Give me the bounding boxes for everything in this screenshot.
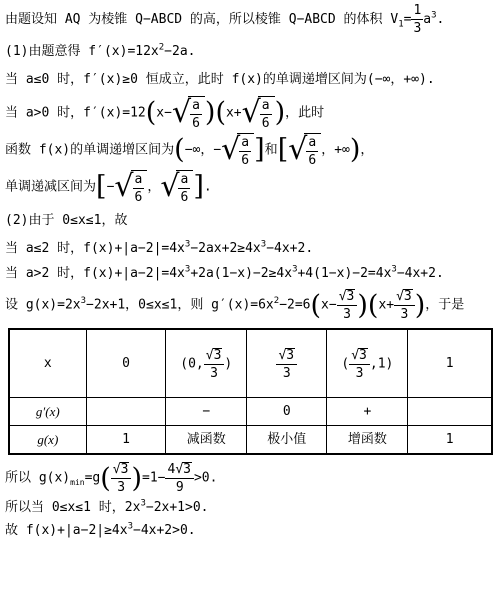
text-segment: 当 a≤0 时，f′(x)≥0 恒成立，此时 f(x)的单调递增区间为(−∞，+… xyxy=(5,72,435,87)
sqrt-a-over-6: √a6 xyxy=(160,170,193,204)
text-segment: ，+∞ xyxy=(321,142,350,157)
text-segment: . xyxy=(437,12,445,27)
fraction-sqrt3-over-3: √33 xyxy=(276,348,297,380)
text-segment: (1)由题意得 f′(x)=12x xyxy=(5,44,159,59)
text-segment: ,1) xyxy=(370,356,393,371)
sqrt-a-over-6: √a6 xyxy=(114,170,147,204)
numerator: √3 xyxy=(349,348,370,364)
cell-gprime-0 xyxy=(86,398,166,426)
big-rparen: ) xyxy=(131,465,142,492)
table-row-g-prime: g′(x) − 0 + xyxy=(9,398,492,426)
radicand: a6 xyxy=(258,96,275,130)
big-lbracket: [ xyxy=(96,173,107,200)
text-segment: −2ax+2≥4x xyxy=(190,241,260,256)
numerator: 1 xyxy=(411,4,423,19)
radicand: a6 xyxy=(176,170,193,204)
sqrt-3: √3 xyxy=(396,289,413,303)
numerator: 4√3 xyxy=(165,462,193,478)
cell-x-1: 1 xyxy=(408,329,492,398)
big-rparen: ) xyxy=(275,99,286,126)
text-segment: 当 a>2 时，f(x)+|a−2|=4x xyxy=(5,266,185,281)
big-parens-mid: )( xyxy=(205,99,226,126)
radicand: a6 xyxy=(188,96,205,130)
text-segment: 函数 f(x)的单调递增区间为 xyxy=(5,142,174,157)
numerator: √3 xyxy=(111,462,132,478)
text-segment: ，于是 xyxy=(425,298,464,313)
denominator: 6 xyxy=(178,188,190,204)
sqrt-a-over-6: √a6 xyxy=(221,133,254,167)
denominator: 6 xyxy=(260,114,272,130)
sqrt-3: √3 xyxy=(351,348,368,362)
fraction-sqrt3-over-3: √33 xyxy=(204,348,225,380)
line-volume-statement: 由题设知 AQ 为棱锥 Q−ABCD 的高，所以棱锥 Q−ABCD 的体积 V1… xyxy=(5,4,493,35)
denominator: 3 xyxy=(411,19,423,35)
line-increasing-intervals: 函数 f(x)的单调递增区间为(−∞，−√a6]和[√a6，+∞)， xyxy=(5,133,493,167)
text-segment: 由题设知 AQ 为棱锥 Q−ABCD 的高，所以棱锥 Q−ABCD 的体积 V xyxy=(5,12,398,27)
numerator: √3 xyxy=(204,348,225,364)
line-conclusion-g-positive: 所以当 0≤x≤1 时，2x3−2x+1>0. xyxy=(5,500,493,516)
numerator: a xyxy=(190,99,202,114)
fraction-a-over-6: a6 xyxy=(178,173,190,204)
fraction-one-third: 13 xyxy=(411,4,423,35)
monotonicity-table: x 0 (0,√33) √33 (√33,1) 1 g′(x) − 0 + g(… xyxy=(8,328,493,455)
cell-gprime-neg: − xyxy=(166,398,247,426)
denominator: 3 xyxy=(204,364,225,380)
line-g-min: 所以 g(x)min=g(√33)=1−4√39>0. xyxy=(5,462,493,494)
text-segment: −2x+1>0. xyxy=(146,500,209,515)
text-segment: x− xyxy=(321,298,337,313)
fraction-a-over-6: a6 xyxy=(133,173,145,204)
cell-g-minimum: 极小值 xyxy=(247,426,327,455)
fraction-sqrt3-over-3: √33 xyxy=(337,289,358,321)
radicand: 3 xyxy=(182,462,192,476)
text-segment: +2a(1−x)−2≥4x xyxy=(190,266,292,281)
fraction-a-over-6: a6 xyxy=(239,136,251,167)
cell-gprime-zero: 0 xyxy=(247,398,327,426)
fraction-sqrt3-over-3: √33 xyxy=(111,462,132,494)
text-segment: . xyxy=(204,179,212,194)
sqrt-3: √3 xyxy=(175,462,192,476)
cell-x-0: 0 xyxy=(86,329,166,398)
cell-gprime-header: g′(x) xyxy=(9,398,86,426)
table-row-g: g(x) 1 减函数 极小值 增函数 1 xyxy=(9,426,492,455)
cell-x-header: x xyxy=(9,329,86,398)
equals: = xyxy=(404,12,412,27)
line-case-a-le-0: 当 a≤0 时，f′(x)≥0 恒成立，此时 f(x)的单调递增区间为(−∞，+… xyxy=(5,72,493,88)
radicand: 3 xyxy=(403,289,413,303)
big-parens-mid: )( xyxy=(357,292,378,319)
text-segment: 故 f(x)+|a−2|≥4x xyxy=(5,523,128,538)
fraction-4sqrt3-over-9: 4√39 xyxy=(165,462,193,494)
fraction-a-over-6: a6 xyxy=(306,136,318,167)
line-final-conclusion: 故 f(x)+|a−2|≥4x3−4x+2>0. xyxy=(5,523,493,539)
line-part2-intro: (2)由于 0≤x≤1，故 xyxy=(5,213,493,229)
text-segment: 所以 g(x) xyxy=(5,471,70,486)
radicand: 3 xyxy=(346,289,356,303)
denominator: 6 xyxy=(306,151,318,167)
cell-g-header: g(x) xyxy=(9,426,86,455)
numerator: √3 xyxy=(276,348,297,364)
denominator: 3 xyxy=(349,364,370,380)
sqrt-3: √3 xyxy=(206,348,223,362)
numerator: √3 xyxy=(394,289,415,305)
denominator: 6 xyxy=(239,151,251,167)
radicand: a6 xyxy=(304,133,321,167)
text-segment: x+ xyxy=(226,105,242,120)
radicand: 3 xyxy=(358,348,368,362)
cell-gprime-pos: + xyxy=(327,398,408,426)
cell-x-critical: √33 xyxy=(247,329,327,398)
line-define-g: 设 g(x)=2x3−2x+1，0≤x≤1，则 g′(x)=6x2−2=6(x−… xyxy=(5,289,493,321)
cell-g-increasing: 增函数 xyxy=(327,426,408,455)
text-segment: ( xyxy=(341,356,349,371)
text-segment: a xyxy=(423,12,431,27)
sqrt-3: √3 xyxy=(278,348,295,362)
numerator: a xyxy=(306,136,318,151)
radicand: 3 xyxy=(120,462,130,476)
fraction-a-over-6: a6 xyxy=(190,99,202,130)
big-rparen: ) xyxy=(350,136,361,163)
denominator: 6 xyxy=(133,188,145,204)
line-case-a-gt-0: 当 a>0 时，f′(x)=12(x−√a6)(x+√a6)，此时 xyxy=(5,96,493,130)
text-segment: =g xyxy=(85,471,101,486)
big-lparen: ( xyxy=(146,99,157,126)
cell-g-at-1: 1 xyxy=(408,426,492,455)
line-decreasing-interval: 单调递减区间为[−√a6，√a6]. xyxy=(5,170,493,204)
text-segment: −4x+2. xyxy=(266,241,313,256)
numerator: a xyxy=(260,99,272,114)
line-case-a-le-2: 当 a≤2 时，f(x)+|a−2|=4x3−2ax+2≥4x3−4x+2. xyxy=(5,241,493,257)
text-segment: −2a. xyxy=(164,44,195,59)
numerator: a xyxy=(133,173,145,188)
text-segment: 所以当 0≤x≤1 时，2x xyxy=(5,500,140,515)
denominator: 6 xyxy=(190,114,202,130)
cell-g-at-0: 1 xyxy=(86,426,166,455)
big-lparen: ( xyxy=(311,292,322,319)
text-segment: 设 g(x)=2x xyxy=(5,298,81,313)
fraction-sqrt3-over-3: √33 xyxy=(349,348,370,380)
cell-x-interval2: (√33,1) xyxy=(327,329,408,398)
text-segment: >0. xyxy=(194,471,217,486)
big-lparen: ( xyxy=(174,136,185,163)
fraction-sqrt3-over-3: √33 xyxy=(394,289,415,321)
text-segment: +4(1−x)−2=4x xyxy=(297,266,391,281)
denominator: 3 xyxy=(394,305,415,321)
text-segment: x− xyxy=(156,105,172,120)
line-derivative: (1)由题意得 f′(x)=12x2−2a. xyxy=(5,44,493,60)
text-segment: (0, xyxy=(180,356,203,371)
text-segment: 当 a>0 时，f′(x)=12 xyxy=(5,105,146,120)
table-row-x: x 0 (0,√33) √33 (√33,1) 1 xyxy=(9,329,492,398)
text-segment: −4x+2. xyxy=(397,266,444,281)
radicand: a6 xyxy=(237,133,254,167)
big-rbracket: ] xyxy=(254,136,265,163)
coefficient: 4 xyxy=(167,462,175,477)
denominator: 3 xyxy=(111,478,132,494)
sqrt-a-over-6: √a6 xyxy=(242,96,275,130)
text-segment: (2)由于 0≤x≤1，故 xyxy=(5,213,127,228)
radicand: 3 xyxy=(213,348,223,362)
numerator: a xyxy=(239,136,251,151)
text-segment: −2=6 xyxy=(279,298,310,313)
denominator: 3 xyxy=(276,364,297,380)
big-lparen: ( xyxy=(100,465,111,492)
sqrt-a-over-6: √a6 xyxy=(288,133,321,167)
sqrt-3: √3 xyxy=(339,289,356,303)
sqrt-3: √3 xyxy=(113,462,130,476)
big-lbracket: [ xyxy=(278,136,289,163)
big-rparen: ) xyxy=(415,292,426,319)
math-solution-document: 由题设知 AQ 为棱锥 Q−ABCD 的高，所以棱锥 Q−ABCD 的体积 V1… xyxy=(0,0,497,539)
text-segment: 单调递减区间为 xyxy=(5,179,96,194)
text-segment: x+ xyxy=(378,298,394,313)
cell-g-decreasing: 减函数 xyxy=(166,426,247,455)
sqrt-a-over-6: √a6 xyxy=(172,96,205,130)
text-segment: ， xyxy=(147,179,160,194)
radicand: 3 xyxy=(285,348,295,362)
text-segment: −2x+1，0≤x≤1，则 g′(x)=6x xyxy=(86,298,274,313)
denominator: 3 xyxy=(337,305,358,321)
text-segment: − xyxy=(107,179,115,194)
line-case-a-gt-2: 当 a>2 时，f(x)+|a−2|=4x3+2a(1−x)−2≥4x3+4(1… xyxy=(5,266,493,282)
denominator: 9 xyxy=(165,478,193,494)
text-segment: ，此时 xyxy=(285,105,324,120)
fraction-a-over-6: a6 xyxy=(260,99,272,130)
text-segment: =1− xyxy=(142,471,165,486)
numerator: √3 xyxy=(337,289,358,305)
text-segment: −4x+2>0. xyxy=(133,523,196,538)
cell-x-interval1: (0,√33) xyxy=(166,329,247,398)
cell-gprime-1 xyxy=(408,398,492,426)
text-segment: 当 a≤2 时，f(x)+|a−2|=4x xyxy=(5,241,185,256)
text-segment: ) xyxy=(224,356,232,371)
subscript-min: min xyxy=(70,478,84,487)
big-rbracket: ] xyxy=(193,173,204,200)
text-segment: −∞，− xyxy=(185,142,221,157)
text-segment: 和 xyxy=(265,142,278,157)
numerator: a xyxy=(178,173,190,188)
radicand: a6 xyxy=(131,170,148,204)
text-segment: ， xyxy=(360,142,373,157)
